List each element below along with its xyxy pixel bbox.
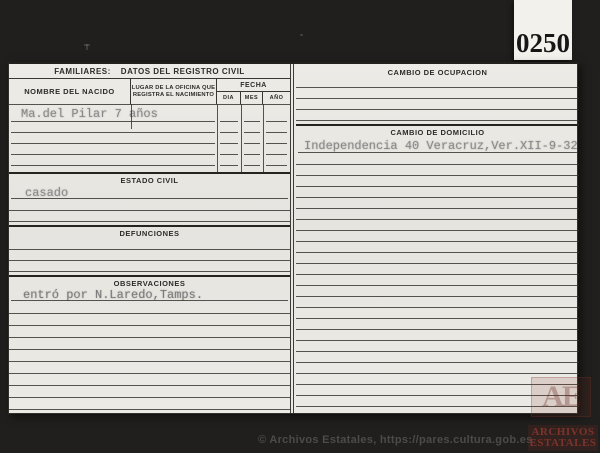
lugar-line2: REGISTRA EL NACIMIENTO bbox=[133, 92, 214, 99]
rule-lines bbox=[9, 302, 290, 410]
rule-lines bbox=[9, 200, 290, 224]
rule-lines bbox=[9, 239, 290, 274]
scan-speck bbox=[86, 44, 88, 50]
rule-line bbox=[11, 198, 288, 199]
scan-speck bbox=[300, 34, 303, 36]
archivos-estatales-logo: AE ARCHIVOS ESTATALES bbox=[528, 377, 598, 451]
familiares-label: FAMILIARES: bbox=[54, 67, 111, 76]
datos-registro-label: DATOS DEL REGISTRO CIVIL bbox=[121, 67, 245, 76]
rule-lines bbox=[11, 111, 215, 173]
rule-lines bbox=[296, 77, 579, 122]
table-divider bbox=[263, 104, 264, 172]
rule-lines bbox=[296, 154, 579, 410]
table-header-underline bbox=[9, 104, 290, 105]
familiares-header: FAMILIARES: DATOS DEL REGISTRO CIVIL bbox=[9, 64, 290, 79]
rule-lines bbox=[220, 111, 238, 173]
table-divider bbox=[241, 104, 242, 172]
column-header-nombre: NOMBRE DEL NACIDO bbox=[9, 79, 131, 104]
column-header-fecha: FECHA bbox=[217, 79, 290, 92]
archive-watermark-text: © Archivos Estatales, https://pares.cult… bbox=[258, 434, 533, 446]
logo-monogram-icon: AE bbox=[531, 377, 591, 417]
page-number: 0250 bbox=[516, 28, 570, 59]
rule-line bbox=[298, 152, 577, 153]
rule-lines bbox=[266, 111, 287, 173]
column-divider bbox=[290, 64, 294, 414]
column-header-mes: MES bbox=[241, 92, 263, 104]
scanned-document-page: 0250 FAMILIARES: DATOS DEL REGISTRO CIVI… bbox=[0, 0, 600, 453]
registry-card: FAMILIARES: DATOS DEL REGISTRO CIVIL NOM… bbox=[8, 62, 578, 414]
column-header-dia: DIA bbox=[217, 92, 241, 104]
entry-cambio-domicilio: Independencia 40 Veracruz,Ver.XII-9-32 bbox=[304, 139, 577, 153]
rule-lines bbox=[244, 111, 260, 173]
logo-monogram: AE bbox=[542, 380, 580, 414]
defunciones-title: DEFUNCIONES bbox=[9, 227, 290, 239]
column-header-ano: AÑO bbox=[263, 92, 290, 104]
cambio-domicilio-title: CAMBIO DE DOMICILIO bbox=[296, 126, 579, 138]
table-divider bbox=[217, 104, 218, 172]
estado-civil-title: ESTADO CIVIL bbox=[9, 174, 290, 186]
lugar-line1: LUGAR DE LA OFICINA QUE bbox=[132, 85, 215, 92]
logo-text: ARCHIVOS ESTATALES bbox=[528, 425, 598, 451]
logo-text-line2: ESTATALES bbox=[528, 438, 598, 449]
page-number-label: 0250 bbox=[514, 0, 572, 60]
table-divider bbox=[131, 104, 132, 129]
column-header-lugar: LUGAR DE LA OFICINA QUE REGISTRA EL NACI… bbox=[131, 79, 217, 104]
rule-line bbox=[11, 300, 288, 301]
